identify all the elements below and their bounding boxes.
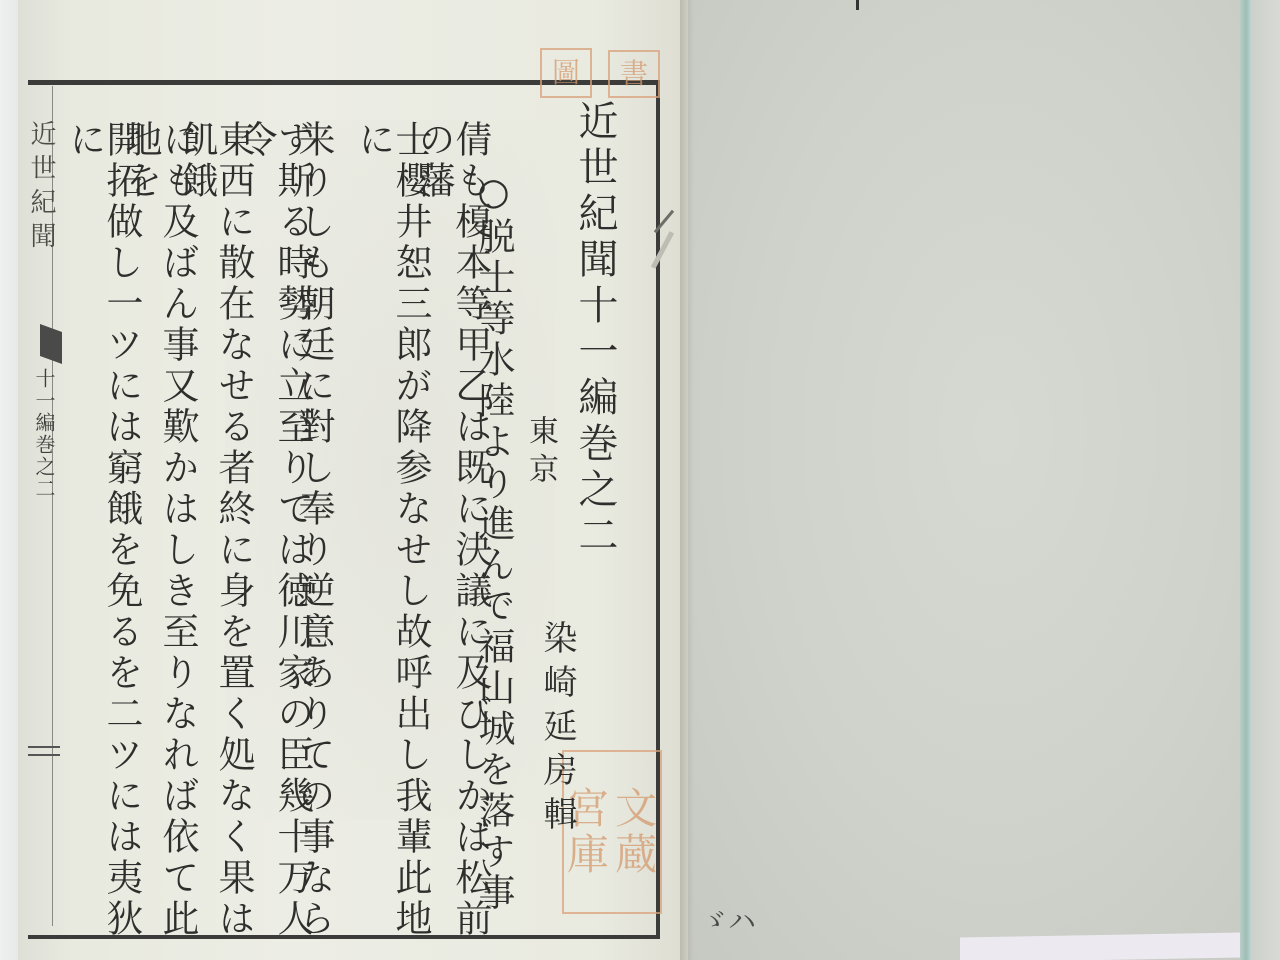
author-credit: 染崎延房輯 — [540, 620, 574, 840]
text-column-3: 士櫻井恕三郎が降参なせし故呼出し我輩此地に — [355, 120, 429, 960]
glass-edge — [1240, 0, 1252, 960]
place-of-publication: 東京 — [525, 415, 555, 491]
seal-char: 文 — [612, 786, 660, 832]
margin-subtitle: 十一編巻之二 — [35, 368, 59, 500]
book-title: 近世紀聞十一編巻之二 — [575, 100, 615, 560]
red-seal-bottom: 宮 文 庫 蔵 — [562, 750, 662, 914]
seal-char: 蔵 — [612, 832, 660, 878]
book-photograph: 近世紀聞 十一編巻之二 圖 書 宮 文 庫 蔵 近世紀聞十一編巻之二 東京 染崎… — [0, 0, 1280, 960]
gutter-shadow — [680, 0, 694, 960]
backdrop-right — [1252, 0, 1280, 960]
blank-facing-leaf — [688, 0, 1248, 960]
margin-title: 近世紀聞 — [30, 120, 60, 256]
text-column-8: 開拓做し一ツには窮餓を免るを二ツには夷狄に — [66, 120, 140, 960]
top-mark — [856, 0, 859, 10]
ink-scribble: ゞハ — [700, 900, 756, 940]
red-seal-top-right: 書 — [608, 50, 660, 98]
backdrop-bottom — [960, 933, 1240, 960]
red-seal-top-left: 圖 — [540, 48, 592, 98]
fold-lines — [28, 746, 60, 756]
